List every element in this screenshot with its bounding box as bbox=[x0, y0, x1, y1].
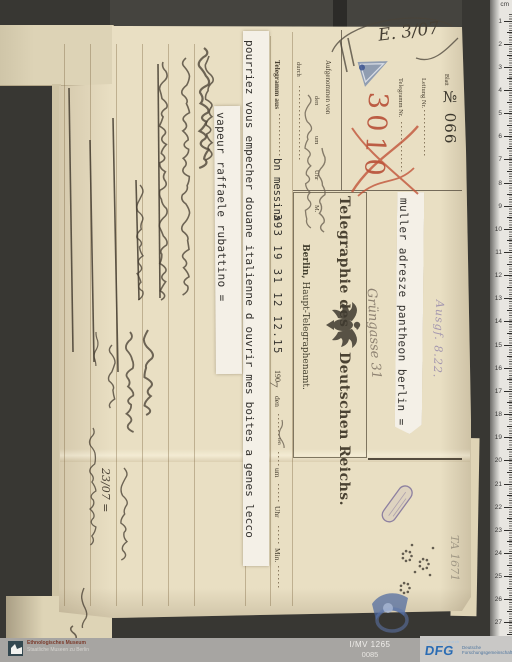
perforation-dot bbox=[427, 563, 430, 566]
ruler-number: 3 bbox=[498, 64, 502, 71]
ruler-number: 17 bbox=[495, 388, 502, 395]
inventory-number: I/MV 1265 bbox=[330, 640, 410, 649]
ruler-number: 9 bbox=[498, 203, 502, 210]
perforation-dot bbox=[402, 557, 405, 560]
dfg-logo: DFG bbox=[424, 643, 455, 658]
ruler-half-tick bbox=[507, 32, 512, 33]
ruler-half-tick bbox=[507, 125, 512, 126]
ruler-cm-tick bbox=[504, 206, 512, 207]
ruler-number: 26 bbox=[495, 596, 502, 603]
kurrent-handwriting-strokes bbox=[69, 48, 325, 646]
ruler-half-tick bbox=[507, 472, 512, 473]
handwriting-stroke bbox=[199, 48, 209, 168]
ruler-half-tick bbox=[507, 402, 512, 403]
ruler-half-tick bbox=[507, 495, 512, 496]
ruler-number: 10 bbox=[495, 226, 502, 233]
perforation-dot bbox=[426, 567, 429, 570]
museum-logo-icon bbox=[8, 641, 23, 656]
handwriting-stroke bbox=[121, 468, 127, 560]
handwriting-stroke bbox=[109, 345, 116, 408]
handwriting-stroke bbox=[144, 330, 153, 415]
scan-viewport: Blatt № 066 Leitung Nr. Telegramm Nr. 30… bbox=[0, 0, 512, 662]
ruler-cm-tick bbox=[504, 391, 512, 392]
ruler-number: 8 bbox=[498, 180, 502, 187]
ruler-cm-tick bbox=[504, 90, 512, 91]
strikethrough-line bbox=[158, 64, 160, 298]
ruler-cm-tick bbox=[504, 414, 512, 415]
page-number: 0085 bbox=[330, 650, 410, 659]
perforation-dot bbox=[408, 587, 411, 590]
ruler-number: 23 bbox=[495, 527, 502, 534]
ruler-number: 21 bbox=[495, 481, 502, 488]
ruler-cm-tick bbox=[504, 484, 512, 485]
ruler-half-tick bbox=[507, 541, 512, 542]
ruler-half-tick bbox=[507, 634, 512, 635]
ruler-number: 15 bbox=[495, 342, 502, 349]
ruler-number: 1 bbox=[498, 18, 502, 25]
ruler-half-tick bbox=[507, 333, 512, 334]
perforation-dot bbox=[422, 568, 425, 571]
ruler-cm-tick bbox=[504, 159, 512, 160]
ruler-half-tick bbox=[507, 310, 512, 311]
handwriting-stroke bbox=[82, 588, 87, 628]
museum-name: Ethnologisches Museum bbox=[27, 640, 86, 646]
handwriting-stroke bbox=[305, 95, 312, 228]
handwriting-and-stamps-layer bbox=[0, 0, 512, 662]
strikethrough-line bbox=[113, 118, 118, 372]
ruler-number: 14 bbox=[495, 318, 502, 325]
perforation-dots bbox=[400, 544, 435, 595]
museum-subtitle: Staatliche Museen zu Berlin bbox=[27, 647, 89, 653]
handwriting-stroke bbox=[182, 58, 190, 295]
ruler-mm-ticks bbox=[509, 14, 512, 637]
strikethrough-line bbox=[90, 140, 94, 362]
ruler-number: 27 bbox=[495, 619, 502, 626]
perforation-dot bbox=[426, 559, 429, 562]
ruler-half-tick bbox=[507, 240, 512, 241]
ruler-cm-tick bbox=[504, 183, 512, 184]
ruler-half-tick bbox=[507, 287, 512, 288]
ruler-number: 16 bbox=[495, 365, 502, 372]
ruler-number: 24 bbox=[495, 550, 502, 557]
ruler-cm-tick bbox=[504, 553, 512, 554]
perforation-dot bbox=[419, 565, 422, 568]
ruler-number: 7 bbox=[498, 156, 502, 163]
ruler-half-tick bbox=[507, 356, 512, 357]
perforation-dot bbox=[407, 583, 410, 586]
perforation-dot bbox=[405, 550, 408, 553]
ruler: cm 1234567891011121314151617181920212223… bbox=[490, 0, 512, 637]
perforation-dot bbox=[429, 574, 432, 577]
perforation-dot bbox=[402, 553, 405, 556]
ruler-cm-tick bbox=[504, 460, 512, 461]
strikethrough-line bbox=[69, 88, 73, 352]
perforation-dot bbox=[409, 559, 412, 562]
ruler-cm-tick bbox=[504, 437, 512, 438]
ruler-cm-tick bbox=[504, 507, 512, 508]
ruler-cm-tick bbox=[504, 622, 512, 623]
ruler-cm-tick bbox=[504, 599, 512, 600]
ruler-half-tick bbox=[507, 379, 512, 380]
ruler-half-tick bbox=[507, 171, 512, 172]
perforation-dot bbox=[411, 544, 414, 547]
ruler-cm-tick bbox=[504, 345, 512, 346]
ruler-cm-tick bbox=[504, 252, 512, 253]
ruler-cm-tick bbox=[504, 275, 512, 276]
ruler-cm-tick bbox=[504, 67, 512, 68]
perforation-dot bbox=[419, 561, 422, 564]
perforation-dot bbox=[400, 589, 403, 592]
perforation-dot bbox=[403, 592, 406, 595]
perforation-dot bbox=[405, 560, 408, 563]
ruler-half-tick bbox=[507, 148, 512, 149]
ruler-cm-tick bbox=[504, 321, 512, 322]
ruler-number: 25 bbox=[495, 573, 502, 580]
ruler-half-tick bbox=[507, 588, 512, 589]
ruler-cm-tick bbox=[504, 368, 512, 369]
ruler-half-tick bbox=[507, 611, 512, 612]
ruler-number: 22 bbox=[495, 504, 502, 511]
ruler-number: 13 bbox=[495, 295, 502, 302]
reichsadler-eagle-icon bbox=[326, 302, 360, 348]
perforation-dot bbox=[403, 582, 406, 585]
ruler-cm-tick bbox=[504, 298, 512, 299]
ruler-half-tick bbox=[507, 55, 512, 56]
funder-name: Deutsche Forschungsgemeinschaft bbox=[462, 645, 512, 656]
ruler-number: 4 bbox=[498, 87, 502, 94]
ruler-half-tick bbox=[507, 449, 512, 450]
ruler-number: 6 bbox=[498, 133, 502, 140]
blue-triangle-stamp bbox=[355, 58, 388, 89]
perforation-dot bbox=[422, 558, 425, 561]
blue-eagle-stamp-fragment bbox=[372, 593, 408, 631]
perforation-dot bbox=[409, 551, 412, 554]
handwriting-stroke bbox=[279, 420, 284, 448]
ruler-number: 20 bbox=[495, 457, 502, 464]
perforation-dot bbox=[432, 547, 435, 550]
ruler-cm-tick bbox=[504, 229, 512, 230]
ruler-half-tick bbox=[507, 78, 512, 79]
ruler-half-tick bbox=[507, 102, 512, 103]
e307-flourish bbox=[332, 18, 458, 72]
ruler-cm-tick bbox=[504, 136, 512, 137]
ruler-half-tick bbox=[507, 264, 512, 265]
ruler-half-tick bbox=[507, 426, 512, 427]
handwriting-stroke bbox=[319, 148, 326, 232]
ruler-cm-tick bbox=[504, 530, 512, 531]
handwriting-stroke bbox=[126, 332, 134, 432]
ruler-unit-label: cm bbox=[500, 1, 509, 8]
red-pencil-scribble bbox=[352, 126, 418, 196]
ruler-half-tick bbox=[507, 518, 512, 519]
perforation-dot bbox=[400, 585, 403, 588]
ruler-cm-tick bbox=[504, 113, 512, 114]
ruler-number: 5 bbox=[498, 110, 502, 117]
ruler-half-tick bbox=[507, 217, 512, 218]
ruler-number: 18 bbox=[495, 411, 502, 418]
perforation-dot bbox=[407, 591, 410, 594]
ruler-cm-tick bbox=[504, 44, 512, 45]
oval-purple-stamp bbox=[379, 483, 414, 524]
ruler-half-tick bbox=[507, 194, 512, 195]
perforation-dot bbox=[414, 571, 417, 574]
ruler-number: 12 bbox=[495, 272, 502, 279]
ruler-number: 19 bbox=[495, 434, 502, 441]
ruler-cm-tick bbox=[504, 576, 512, 577]
ruler-number: 11 bbox=[495, 249, 502, 256]
ruler-cm-tick bbox=[504, 21, 512, 22]
handwriting-stroke bbox=[90, 428, 96, 545]
ruler-number: 2 bbox=[498, 41, 502, 48]
perforation-dot bbox=[410, 555, 413, 558]
ruler-half-tick bbox=[507, 565, 512, 566]
